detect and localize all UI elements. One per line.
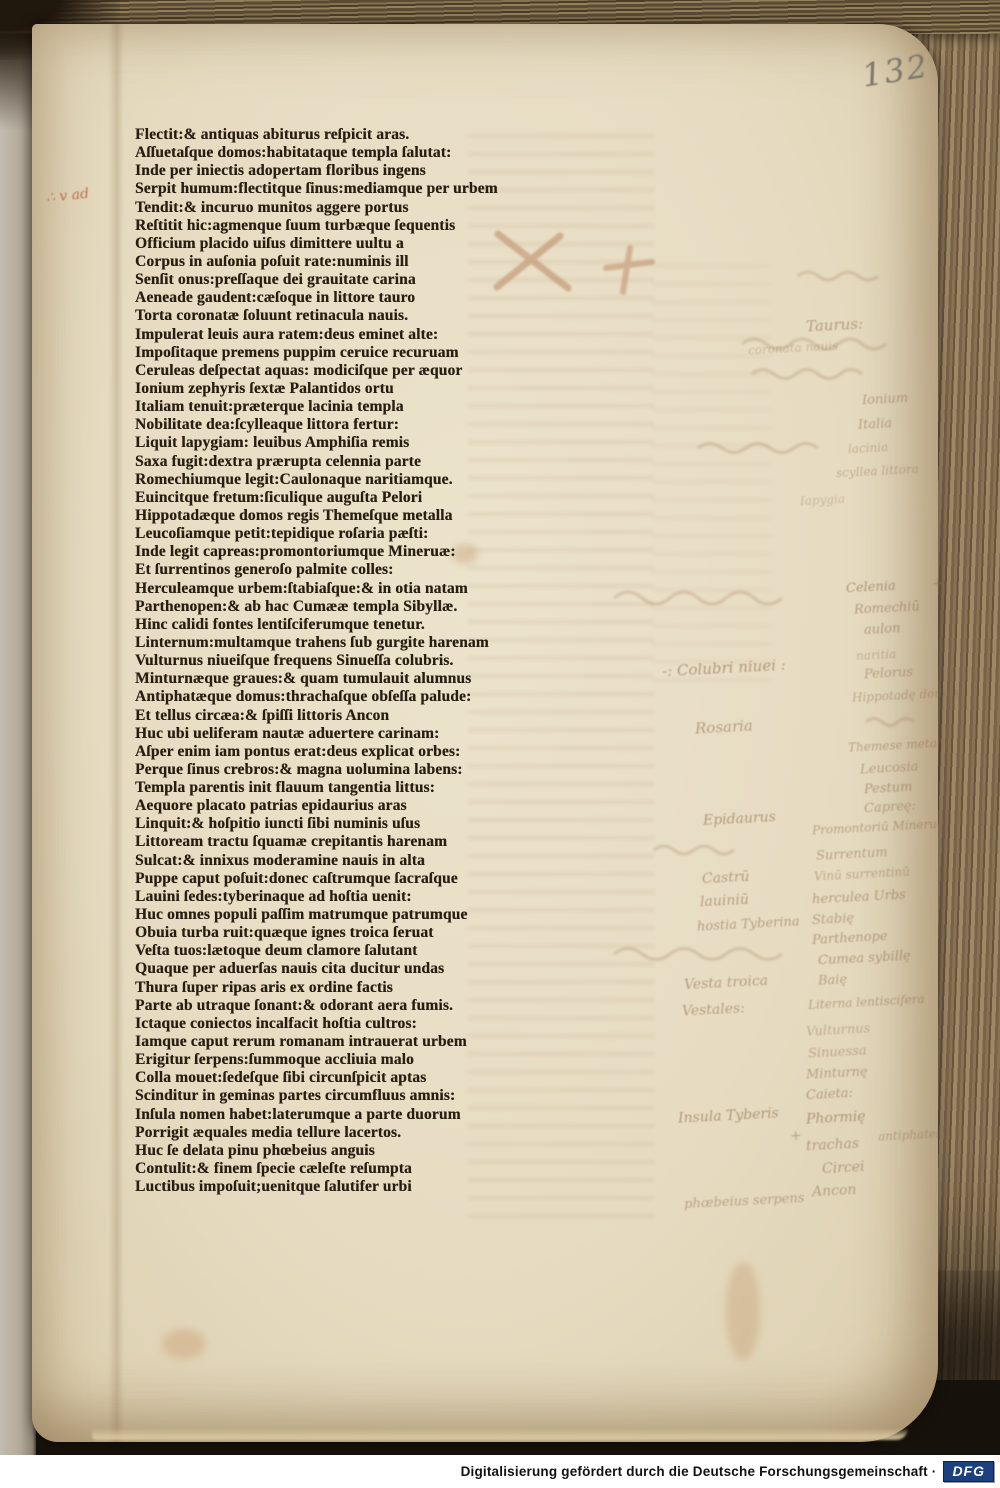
printed-line: Lauini ſedes:tyberinaque ad hoſtia uenit… — [135, 888, 565, 906]
printed-line: Puppe caput poſuit:donec caſtrumque ſacr… — [135, 870, 565, 888]
digitization-footer: Digitalisierung gefördert durch die Deut… — [0, 1455, 1000, 1488]
printed-line: Colla mouet:ſedeſque ſibi circunſpicit a… — [135, 1069, 565, 1087]
scanned-book-page: 132 ∴ v ad Flectit:& antiquas abiturus r… — [0, 0, 1000, 1455]
printed-line: Inde legit capreas:promontoriumque Miner… — [135, 543, 565, 561]
printed-line: Scinditur in geminas partes circumfluus … — [135, 1087, 565, 1105]
printed-line: Leucoſiamque petit:tepidique roſaria pæſ… — [135, 525, 565, 543]
printed-line: Obuia turba ruit:quæque ignes troica ſer… — [135, 924, 565, 942]
printed-line: Templa parentis init flauum tangentia li… — [135, 779, 565, 797]
printed-line: Reſtitit hic:agmenque ſuum turbæque ſequ… — [135, 217, 565, 235]
printed-line: Contulit:& finem ſpecie cæleſte reſumpta — [135, 1160, 565, 1178]
printed-text-column: Flectit:& antiquas abiturus reſpicit ara… — [135, 126, 565, 1196]
printed-line: Romechiumque legit:Caulonaque naritiamqu… — [135, 471, 565, 489]
printed-line: Aeneade gaudent:cæſoque in littore tauro — [135, 289, 565, 307]
printed-line: Torta coronatæ ſoluunt retinacula nauis. — [135, 307, 565, 325]
printed-line: Corpus in auſonia poſuit rate:numinis il… — [135, 253, 565, 271]
printed-line: Thura ſuper ripas aris ex ordine factis — [135, 979, 565, 997]
printed-line: Inde per iniectis adopertam floribus ing… — [135, 162, 565, 180]
printed-line: Impulerat leuis aura ratem:deus eminet a… — [135, 326, 565, 344]
printed-line: Iamque caput rerum romanam intrauerat ur… — [135, 1033, 565, 1051]
printed-line: Senſit onus:preſſaque dei grauitate cari… — [135, 271, 565, 289]
printed-line: Et tellus circæa:& ſpiſſi littoris Ancon — [135, 707, 565, 725]
printed-line: Porrigit æquales media tellure lacertos. — [135, 1124, 565, 1142]
printed-line: Aſſuetaſque domos:habitataque templa ſal… — [135, 144, 565, 162]
printed-line: Vulturnus niueiſque frequens Sinueſſa co… — [135, 652, 565, 670]
printed-line: Linquit:& hoſpitio iuncti ſibi numinis u… — [135, 815, 565, 833]
printed-line: Aſper enim iam pontus erat:deus explicat… — [135, 743, 565, 761]
printed-line: Et ſurrentinos generoſo palmite colles: — [135, 561, 565, 579]
printed-line: Ceruleas deſpectat aquas: modiciſque per… — [135, 362, 565, 380]
printed-line: Nobilitate dea:ſcylleaque littora fertur… — [135, 416, 565, 434]
printed-line: Flectit:& antiquas abiturus reſpicit ara… — [135, 126, 565, 144]
previous-page-edge — [0, 0, 36, 1455]
printed-line: Aequore placato patrias epidaurius aras — [135, 797, 565, 815]
printed-line: Huc omnes populi paſſim matrumque patrum… — [135, 906, 565, 924]
printed-line: Antiphatæque domus:thrachaſque obſeſſa p… — [135, 688, 565, 706]
printed-line: Inſula nomen habet:laterumque a parte du… — [135, 1106, 565, 1124]
printed-line: Littoream tractu ſquamæ crepitantis hare… — [135, 833, 565, 851]
printed-line: Tendit:& incuruo munitos aggere portus — [135, 199, 565, 217]
printed-line: Parte ab utraque ſonant:& odorant aera f… — [135, 997, 565, 1015]
printed-line: Luctibus impoſuit;uenitque ſalutifer urb… — [135, 1178, 565, 1196]
printed-line: Hippotadæque domos regis Themeſque metal… — [135, 507, 565, 525]
printed-line: Euincitque fretum:ſiculique auguſta Pelo… — [135, 489, 565, 507]
printed-line: Minturnæque graues:& quam tumulauit alum… — [135, 670, 565, 688]
printed-line: Perque ſinus crebros:& magna uolumina la… — [135, 761, 565, 779]
printed-line: Ionium zephyris ſextæ Palantidos ortu — [135, 380, 565, 398]
stain — [162, 1329, 206, 1359]
printed-line: Saxa fugit:dextra prærupta celennia part… — [135, 453, 565, 471]
printed-line: Ictaque coniectos incalfacit hoſtia cult… — [135, 1015, 565, 1033]
printed-line: Veſta tuos:lætoque deum clamore ſalutant — [135, 942, 565, 960]
printed-line: Serpit humum:flectitque ſinus:mediamque … — [135, 180, 565, 198]
printed-line: Parthenopen:& ab hac Cumææ templa Sibyll… — [135, 598, 565, 616]
printed-line: Sulcat:& innixus moderamine nauis in alt… — [135, 852, 565, 870]
printed-line: Huc ſe delata pinu phœbeius anguis — [135, 1142, 565, 1160]
printed-line: Hinc calidi fontes lentiſciferumque tene… — [135, 616, 565, 634]
printed-line: Officium placido uiſus dimittere uultu a — [135, 235, 565, 253]
printed-line: Liquit lapygiam: leuibus Amphiſia remis — [135, 434, 565, 452]
printed-line: Impoſitaque premens puppim ceruice recur… — [135, 344, 565, 362]
digitization-credit: Digitalisierung gefördert durch die Deut… — [461, 1464, 937, 1479]
printed-line: Herculeamque urbem:ſtabiaſque:& in otia … — [135, 580, 565, 598]
dfg-logo: DFG — [943, 1461, 994, 1482]
verso-bleedthrough — [652, 264, 772, 684]
printed-line: Erigitur ſerpens:ſummoque accliuia malo — [135, 1051, 565, 1069]
printed-line: Huc ubi ueliferam nautæ aduertere carina… — [135, 725, 565, 743]
printed-line: Linternum:multamque trahens ſub gurgite … — [135, 634, 565, 652]
printed-line: Italiam tenuit:præterque lacinia templa — [135, 398, 565, 416]
printed-line: Quaque per aduerſas nauis cita ducitur u… — [135, 960, 565, 978]
